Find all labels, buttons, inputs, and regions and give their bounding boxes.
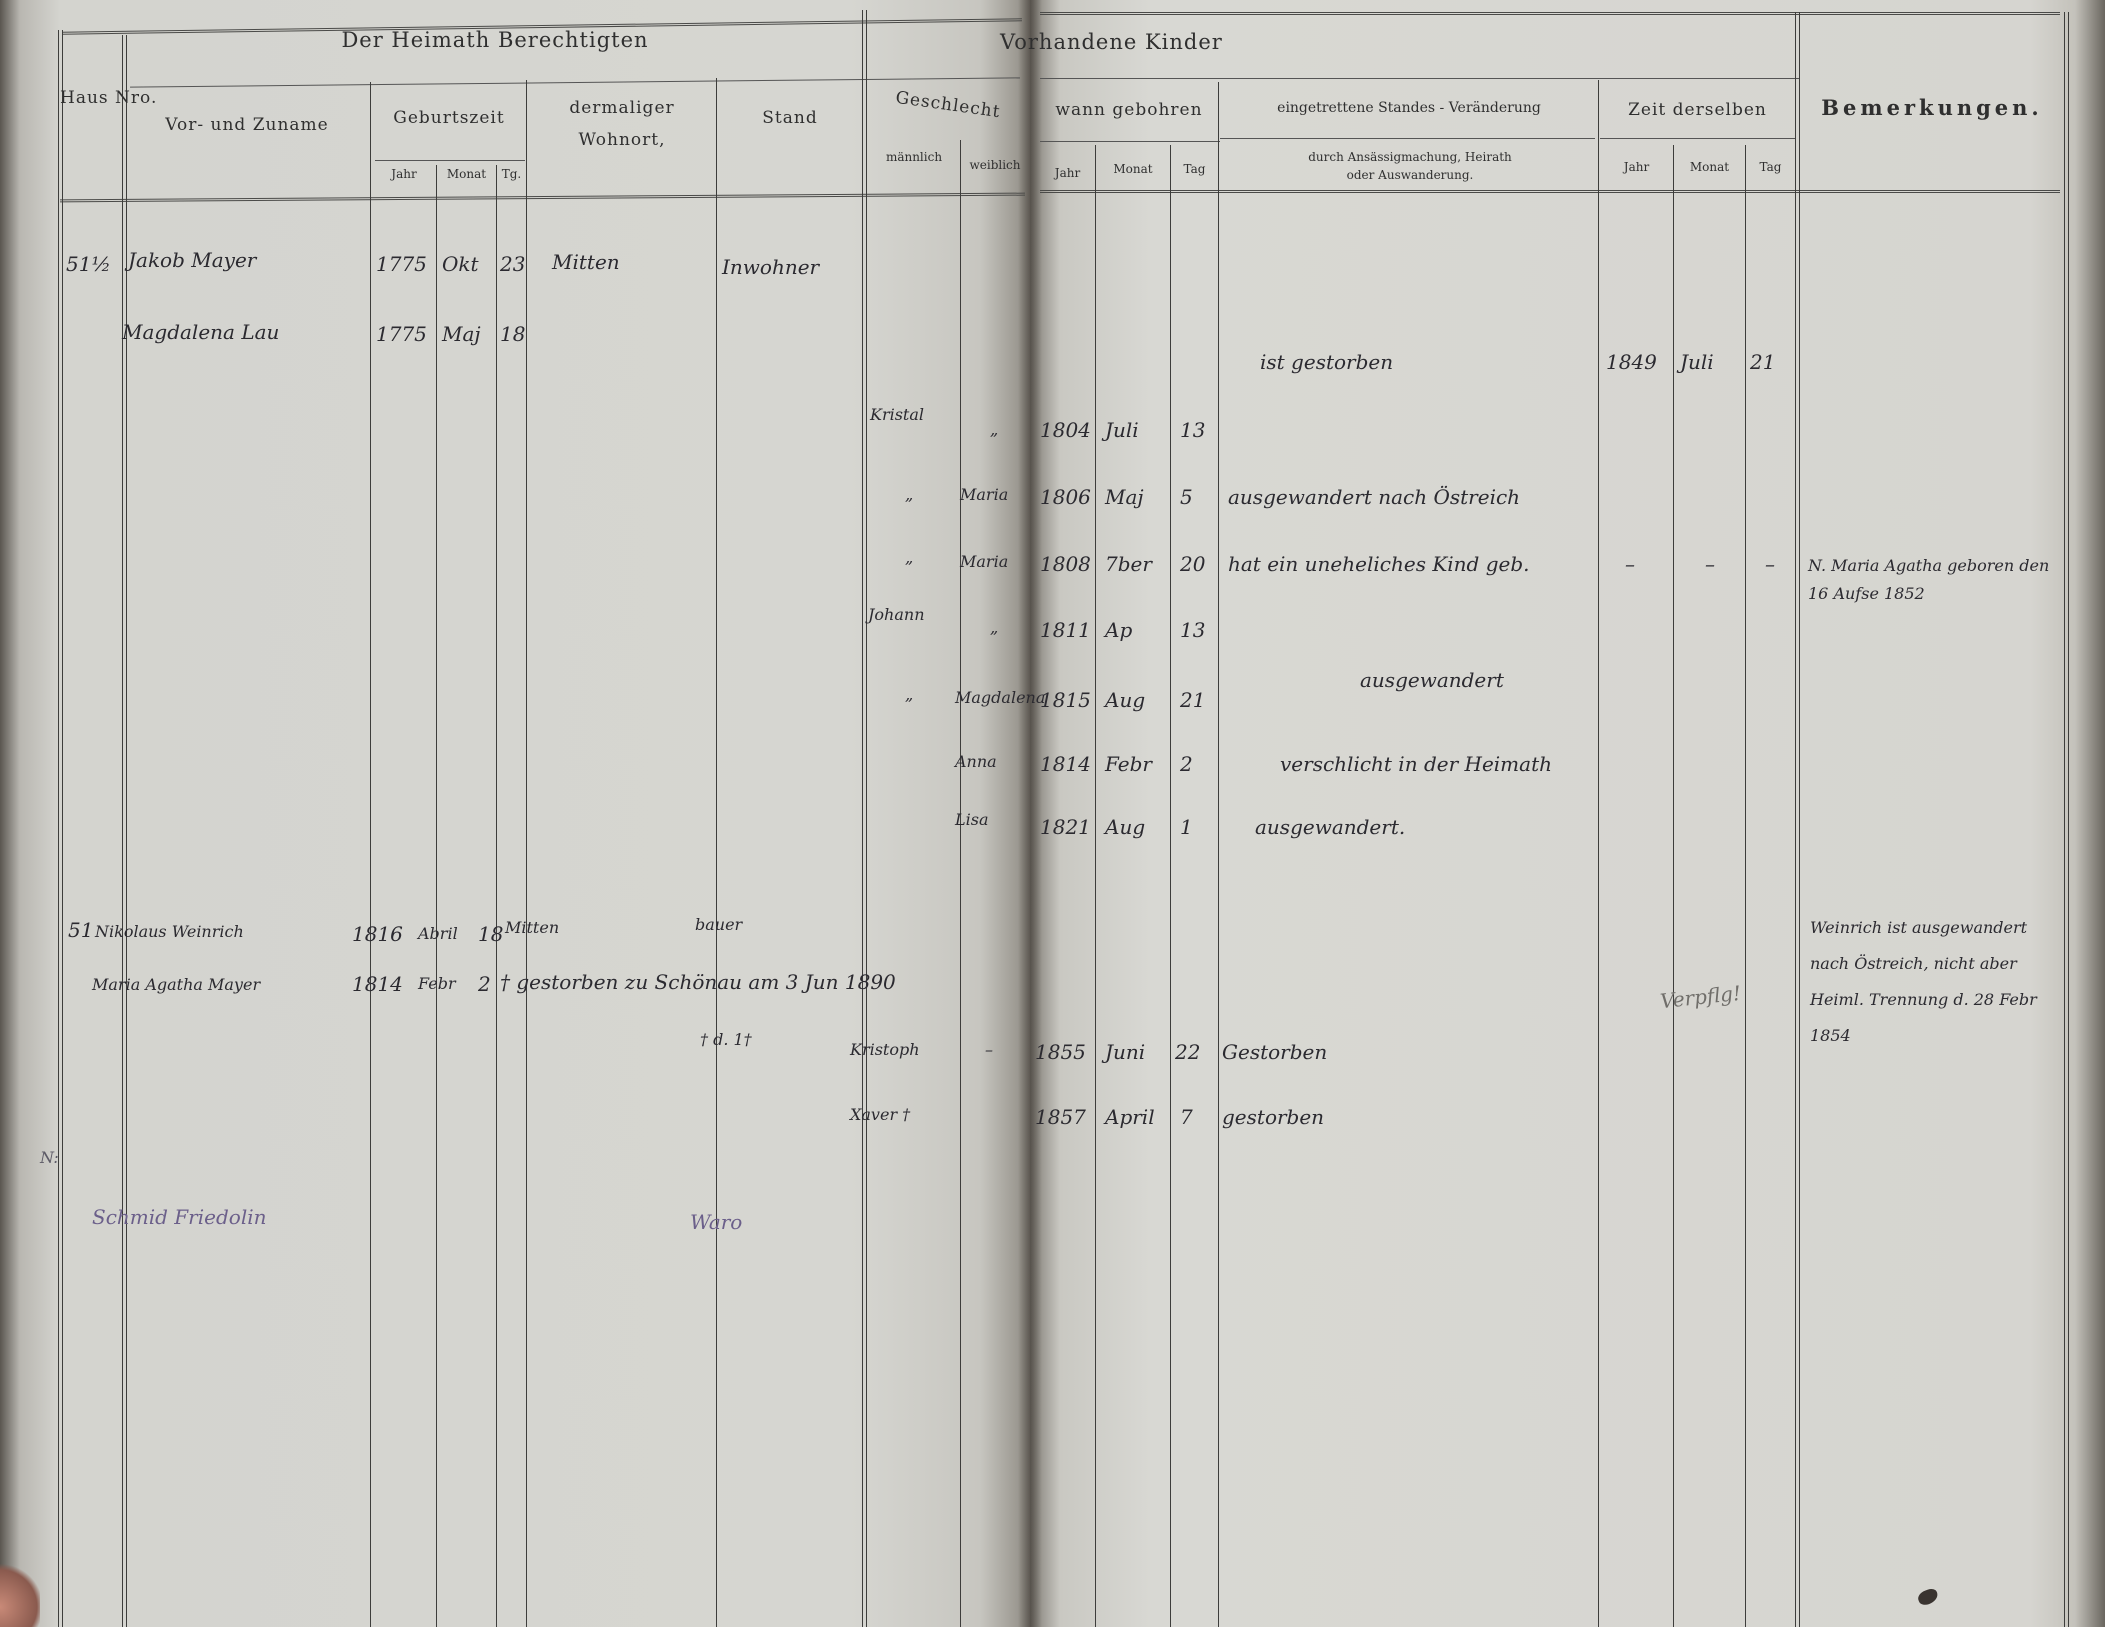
marginal-mark: N: <box>40 1148 59 1167</box>
child-7-month: Aug <box>1105 815 1145 839</box>
entry-2-person-1-name: Nikolaus Weinrich <box>95 922 244 941</box>
child-2-male: „ <box>905 485 913 504</box>
entry-2-child-2-male: Xaver † <box>850 1105 910 1124</box>
birth-year-header: Jahr <box>372 167 436 181</box>
child-3-year: 1808 <box>1040 552 1091 576</box>
time-month-header: Monat <box>1674 160 1745 174</box>
header-divider-right <box>1040 78 1800 79</box>
child-1-day: 13 <box>1180 418 1205 442</box>
entry-2-residence: Mitten <box>505 918 559 937</box>
right-outer-border <box>2064 12 2069 1627</box>
entry-2-child-1-day: 22 <box>1175 1040 1200 1064</box>
born-month-header: Monat <box>1096 162 1170 176</box>
birth-divider <box>526 80 527 1627</box>
child-5-year: 1815 <box>1040 688 1091 712</box>
entry-1-person-2-name: Magdalena Lau <box>122 320 279 344</box>
child-4-year: 1811 <box>1040 618 1091 642</box>
time-year-divider <box>1673 145 1674 1627</box>
birth-month-header: Monat <box>437 167 496 181</box>
entry-1-person-1-month: Okt <box>442 252 479 276</box>
entry-1-person-1-day: 23 <box>500 252 525 276</box>
child-5-female: Magdalena <box>955 688 1045 707</box>
entry-1-parent-change-day: 21 <box>1750 350 1775 374</box>
child-1-male: Kristal <box>870 405 924 424</box>
child-5-change: ausgewandert <box>1360 668 1504 692</box>
time-year-header: Jahr <box>1600 160 1673 174</box>
child-7-day: 1 <box>1180 815 1193 839</box>
time-day-header: Tag <box>1746 160 1795 174</box>
entry-2-child-1-prefix: † d. 1† <box>700 1030 752 1049</box>
residence-divider <box>716 78 717 1627</box>
born-year-divider <box>1095 145 1096 1627</box>
child-3-remark: N. Maria Agatha geboren den 16 Aufse 185… <box>1808 552 2058 608</box>
entry-1-haus-nro: 51½ <box>66 252 111 276</box>
child-2-change: ausgewandert nach Östreich <box>1228 485 1520 509</box>
entry-2-child-2-change: gestorben <box>1222 1105 1324 1129</box>
entry-2-person-2-day: 2 <box>478 972 491 996</box>
child-3-change: hat ein uneheliches Kind geb. <box>1228 552 1530 576</box>
born-day-header: Tag <box>1171 162 1218 176</box>
child-1-female: „ <box>990 420 998 439</box>
child-2-day: 5 <box>1180 485 1193 509</box>
child-5-month: Aug <box>1105 688 1145 712</box>
haus-nro-divider <box>122 35 127 1627</box>
child-6-change: verschlicht in der Heimath <box>1280 752 1552 776</box>
entry-2-child-1-change: Gestorben <box>1222 1040 1327 1064</box>
entry-1-parent-change: ist gestorben <box>1260 350 1393 374</box>
birth-header: Geburtszeit <box>372 108 526 128</box>
child-6-day: 2 <box>1180 752 1193 776</box>
left-page-title: Der Heimath Berechtigten <box>130 28 860 52</box>
entry-2-remark: Weinrich ist ausgewandert nach Östreich,… <box>1810 910 2060 1054</box>
entry-2-person-2-month: Febr <box>418 974 456 993</box>
entry-3-name: Schmid Friedolin <box>92 1205 267 1229</box>
stand-header: Stand <box>718 108 862 128</box>
entry-1-person-1-name: Jakob Mayer <box>128 248 256 272</box>
change-divider <box>1598 80 1599 1627</box>
name-divider <box>370 82 371 1627</box>
entry-1-person-2-month: Maj <box>442 322 481 346</box>
birth-subdivider <box>375 160 525 161</box>
entry-2-child-2-day: 7 <box>1180 1105 1193 1129</box>
entry-1-person-1-year: 1775 <box>376 252 427 276</box>
time-subdivider <box>1600 138 1795 139</box>
entry-1-parent-change-year: 1849 <box>1606 350 1657 374</box>
entry-2-person-1-month: Abril <box>418 924 458 943</box>
child-3-male: „ <box>905 548 913 567</box>
entry-2-person-1-day: 18 <box>478 922 503 946</box>
birth-year-divider <box>436 165 437 1627</box>
change-subdivider <box>1220 138 1595 139</box>
ledger-spread: Haus Nro. Der Heimath Berechtigten Vor- … <box>0 0 2105 1627</box>
child-6-month: Febr <box>1105 752 1152 776</box>
change-subheader: durch Ansässigmachung, Heirath oder Ausw… <box>1300 148 1520 184</box>
header-bottom-right <box>1040 190 2060 193</box>
name-header: Vor- und Zuname <box>124 115 370 135</box>
entry-1-parent-change-month: Juli <box>1680 350 1714 374</box>
child-4-day: 13 <box>1180 618 1205 642</box>
female-header: weiblich <box>962 158 1028 172</box>
birth-day-header: Tg. <box>497 167 526 181</box>
haus-nro-header: Haus Nro. <box>60 80 124 116</box>
birth-month-divider <box>496 165 497 1627</box>
left-page <box>0 0 1030 1627</box>
child-7-year: 1821 <box>1040 815 1091 839</box>
residence-header: dermaliger Wohnort, <box>528 92 716 156</box>
sex-divider <box>960 140 961 1627</box>
born-divider <box>1218 82 1219 1627</box>
child-3-time-year: – <box>1625 552 1635 576</box>
child-3-time-month: – <box>1705 552 1715 576</box>
right-page-title: Vorhandene Kinder <box>1000 30 1330 54</box>
child-2-month: Maj <box>1105 485 1144 509</box>
entry-2-child-2-year: 1857 <box>1035 1105 1086 1129</box>
child-3-month: 7ber <box>1105 552 1152 576</box>
born-header: wann gebohren <box>1040 100 1218 120</box>
remarks-header: Bemerkungen. <box>1800 95 2064 120</box>
entry-2-child-2-month: April <box>1105 1105 1155 1129</box>
stand-divider <box>862 10 867 1627</box>
entry-2-child-1-year: 1855 <box>1035 1040 1086 1064</box>
book-gutter <box>1018 0 1042 1627</box>
entry-2-death-note: † gestorben zu Schönau am 3 Jun 1890 <box>500 970 896 994</box>
entry-2-haus-nro: 51 <box>68 918 93 942</box>
entry-3-stand: Waro <box>690 1210 742 1234</box>
child-1-month: Juli <box>1105 418 1139 442</box>
entry-2-child-1-female: – <box>985 1040 993 1059</box>
thumb-edge <box>0 1560 40 1627</box>
child-7-female: Lisa <box>955 810 989 829</box>
entry-2-child-1-month: Juni <box>1105 1040 1145 1064</box>
child-5-male: „ <box>905 685 913 704</box>
born-year-header: Jahr <box>1040 166 1095 180</box>
child-4-month: Ap <box>1105 618 1132 642</box>
right-page <box>1030 0 2105 1627</box>
child-3-female: Maria <box>960 552 1008 571</box>
left-outer-border <box>58 30 63 1627</box>
born-subdivider <box>1040 141 1220 142</box>
top-border-right <box>1040 12 2060 15</box>
remarks-divider <box>1795 12 1800 1627</box>
entry-2-person-2-name: Maria Agatha Mayer <box>92 975 260 994</box>
entry-2-child-1-male: Kristoph <box>850 1040 920 1059</box>
child-4-female: „ <box>990 618 998 637</box>
child-2-year: 1806 <box>1040 485 1091 509</box>
entry-1-person-2-day: 18 <box>500 322 525 346</box>
entry-2-person-2-year: 1814 <box>352 972 403 996</box>
time-header: Zeit derselben <box>1600 100 1795 120</box>
child-7-change: ausgewandert. <box>1255 815 1405 839</box>
entry-2-stand: bauer <box>695 915 742 934</box>
time-month-divider <box>1745 145 1746 1627</box>
child-3-day: 20 <box>1180 552 1205 576</box>
male-header: männlich <box>868 150 960 164</box>
entry-1-residence: Mitten <box>552 250 620 274</box>
child-6-year: 1814 <box>1040 752 1091 776</box>
child-2-female: Maria <box>960 485 1008 504</box>
entry-1-person-2-year: 1775 <box>376 322 427 346</box>
entry-1-stand: Inwohner <box>722 255 819 279</box>
child-6-female: Anna <box>955 752 997 771</box>
born-month-divider <box>1170 145 1171 1627</box>
child-3-time-day: – <box>1765 552 1775 576</box>
change-header: eingetrettene Standes - Veränderung <box>1220 100 1598 116</box>
child-1-year: 1804 <box>1040 418 1091 442</box>
child-5-day: 21 <box>1180 688 1205 712</box>
entry-2-person-1-year: 1816 <box>352 922 403 946</box>
child-4-male: Johann <box>868 605 925 624</box>
